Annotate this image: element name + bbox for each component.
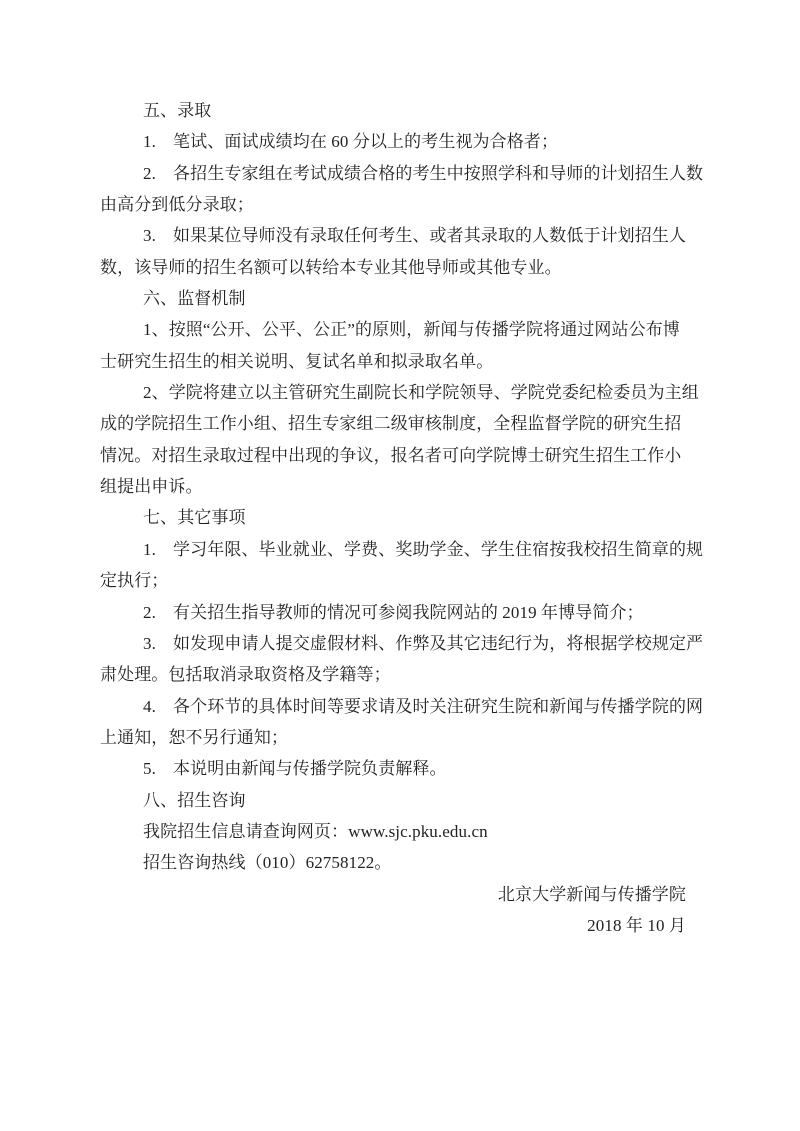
section-heading-4: 八、招生咨询 xyxy=(100,785,706,816)
section-heading-3: 七、其它事项 xyxy=(100,502,706,533)
paragraph-line: 定执行； xyxy=(100,565,706,596)
paragraph-line: 2. 有关招生指导教师的情况可参阅我院网站的 2019 年博导简介； xyxy=(100,597,706,628)
paragraph-line: 肃处理。包括取消录取资格及学籍等； xyxy=(100,659,706,690)
paragraph-line: 成的学院招生工作小组、招生专家组二级审核制度，全程监督学院的研究生招 xyxy=(100,408,706,439)
section-heading-2: 六、监督机制 xyxy=(100,283,706,314)
signature-date: 2018 年 10 月 xyxy=(100,910,706,941)
paragraph-line: 3. 如发现申请人提交虚假材料、作弊及其它违纪行为，将根据学校规定严 xyxy=(100,628,706,659)
paragraph-line: 数，该导师的招生名额可以转给本专业其他导师或其他专业。 xyxy=(100,252,706,283)
paragraph-line: 3. 如果某位导师没有录取任何考生、或者其录取的人数低于计划招生人 xyxy=(100,220,706,251)
document-page: 五、录取1. 笔试、面试成绩均在 60 分以上的考生视为合格者；2. 各招生专家… xyxy=(0,0,800,1131)
paragraph-line: 招生咨询热线（010）62758122。 xyxy=(100,847,706,878)
paragraph-line: 上通知，恕不另行通知； xyxy=(100,722,706,753)
paragraph-line: 1、按照“公开、公平、公正”的原则，新闻与传播学院将通过网站公布博 xyxy=(100,314,706,345)
paragraph-line: 4. 各个环节的具体时间等要求请及时关注研究生院和新闻与传播学院的网 xyxy=(100,691,706,722)
paragraph-line: 1. 笔试、面试成绩均在 60 分以上的考生视为合格者； xyxy=(100,126,706,157)
signature-organization: 北京大学新闻与传播学院 xyxy=(100,879,706,910)
paragraph-line: 情况。对招生录取过程中出现的争议，报名者可向学院博士研究生招生工作小 xyxy=(100,440,706,471)
paragraph-line: 2. 各招生专家组在考试成绩合格的考生中按照学科和导师的计划招生人数 xyxy=(100,158,706,189)
paragraph-line: 5. 本说明由新闻与传播学院负责解释。 xyxy=(100,753,706,784)
paragraph-line: 2、学院将建立以主管研究生副院长和学院领导、学院党委纪检委员为主组 xyxy=(100,377,706,408)
section-heading-1: 五、录取 xyxy=(100,95,706,126)
paragraph-line: 1. 学习年限、毕业就业、学费、奖助学金、学生住宿按我校招生简章的规 xyxy=(100,534,706,565)
document-body: 五、录取1. 笔试、面试成绩均在 60 分以上的考生视为合格者；2. 各招生专家… xyxy=(100,95,706,941)
paragraph-line: 我院招生信息请查询网页：www.sjc.pku.edu.cn xyxy=(100,816,706,847)
paragraph-line: 由高分到低分录取； xyxy=(100,189,706,220)
paragraph-line: 士研究生招生的相关说明、复试名单和拟录取名单。 xyxy=(100,346,706,377)
paragraph-line: 组提出申诉。 xyxy=(100,471,706,502)
